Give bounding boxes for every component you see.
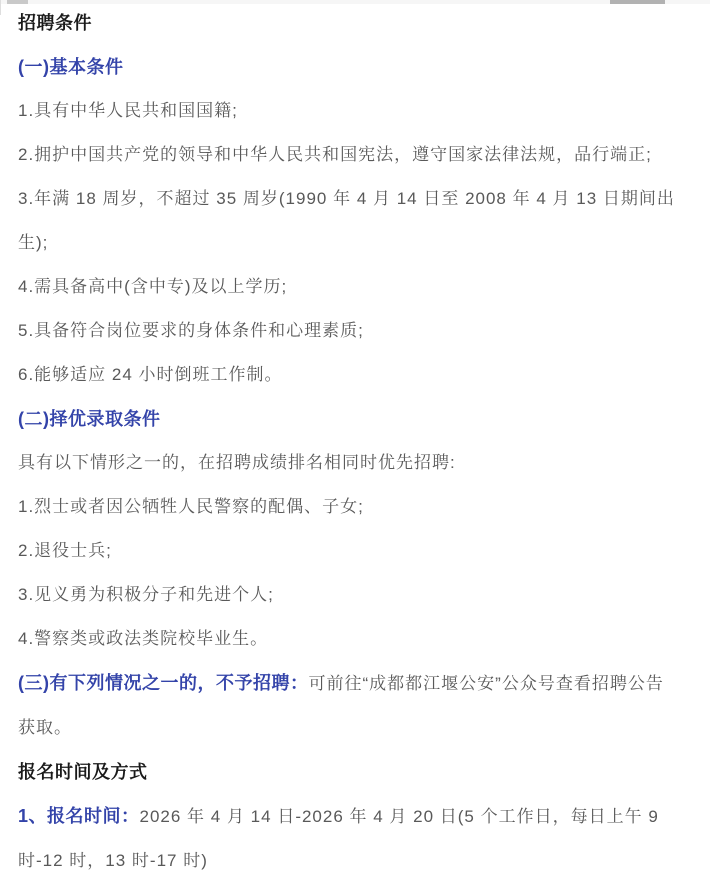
text-line: 具有以下情形之一的，在招聘成绩排名相同时优先招聘: <box>18 441 690 485</box>
text-line: 4.警察类或政法类院校毕业生。 <box>18 617 690 661</box>
subheading-preferential-conditions: (二)择优录取条件 <box>18 397 690 441</box>
text-line: 5.具备符合岗位要求的身体条件和心理素质; <box>18 309 690 353</box>
paragraph-disqualification: (三)有下列情况之一的，不予招聘：可前往“成都都江堰公安”公众号查看招聘公告 <box>18 661 690 706</box>
text-line: 3.见义勇为积极分子和先进个人; <box>18 573 690 617</box>
section-heading-registration: 报名时间及方式 <box>18 750 690 794</box>
text-line: 1.具有中华人民共和国国籍; <box>18 89 690 133</box>
section-heading-recruitment-conditions: 招聘条件 <box>18 1 690 45</box>
text-line: 2.拥护中国共产党的领导和中华人民共和国宪法，遵守国家法律法规，品行端正; <box>18 133 690 177</box>
subheading-registration-time: 1、报名时间： <box>18 806 140 826</box>
text-line: 可前往“成都都江堰公安”公众号查看招聘公告 <box>309 674 664 693</box>
subheading-disqualification: (三)有下列情况之一的，不予招聘： <box>18 673 309 693</box>
text-line: 生); <box>18 221 690 265</box>
text-line: 4.需具备高中(含中专)及以上学历; <box>18 265 690 309</box>
text-line: 2026 年 4 月 14 日-2026 年 4 月 20 日(5 个工作日，每… <box>140 807 659 826</box>
text-line: 3.年满 18 周岁，不超过 35 周岁(1990 年 4 月 14 日至 20… <box>18 177 690 221</box>
text-line: 获取。 <box>18 706 690 750</box>
subheading-basic-conditions: (一)基本条件 <box>18 45 690 89</box>
article-body: 招聘条件 (一)基本条件 1.具有中华人民共和国国籍; 2.拥护中国共产党的领导… <box>0 0 710 876</box>
text-line: 1.烈士或者因公牺牲人民警察的配偶、子女; <box>18 485 690 529</box>
text-line: 2.退役士兵; <box>18 529 690 573</box>
text-line: 时-12 时，13 时-17 时) <box>18 839 690 876</box>
text-line: 6.能够适应 24 小时倒班工作制。 <box>18 353 690 397</box>
paragraph-registration-time: 1、报名时间：2026 年 4 月 14 日-2026 年 4 月 20 日(5… <box>18 794 690 839</box>
